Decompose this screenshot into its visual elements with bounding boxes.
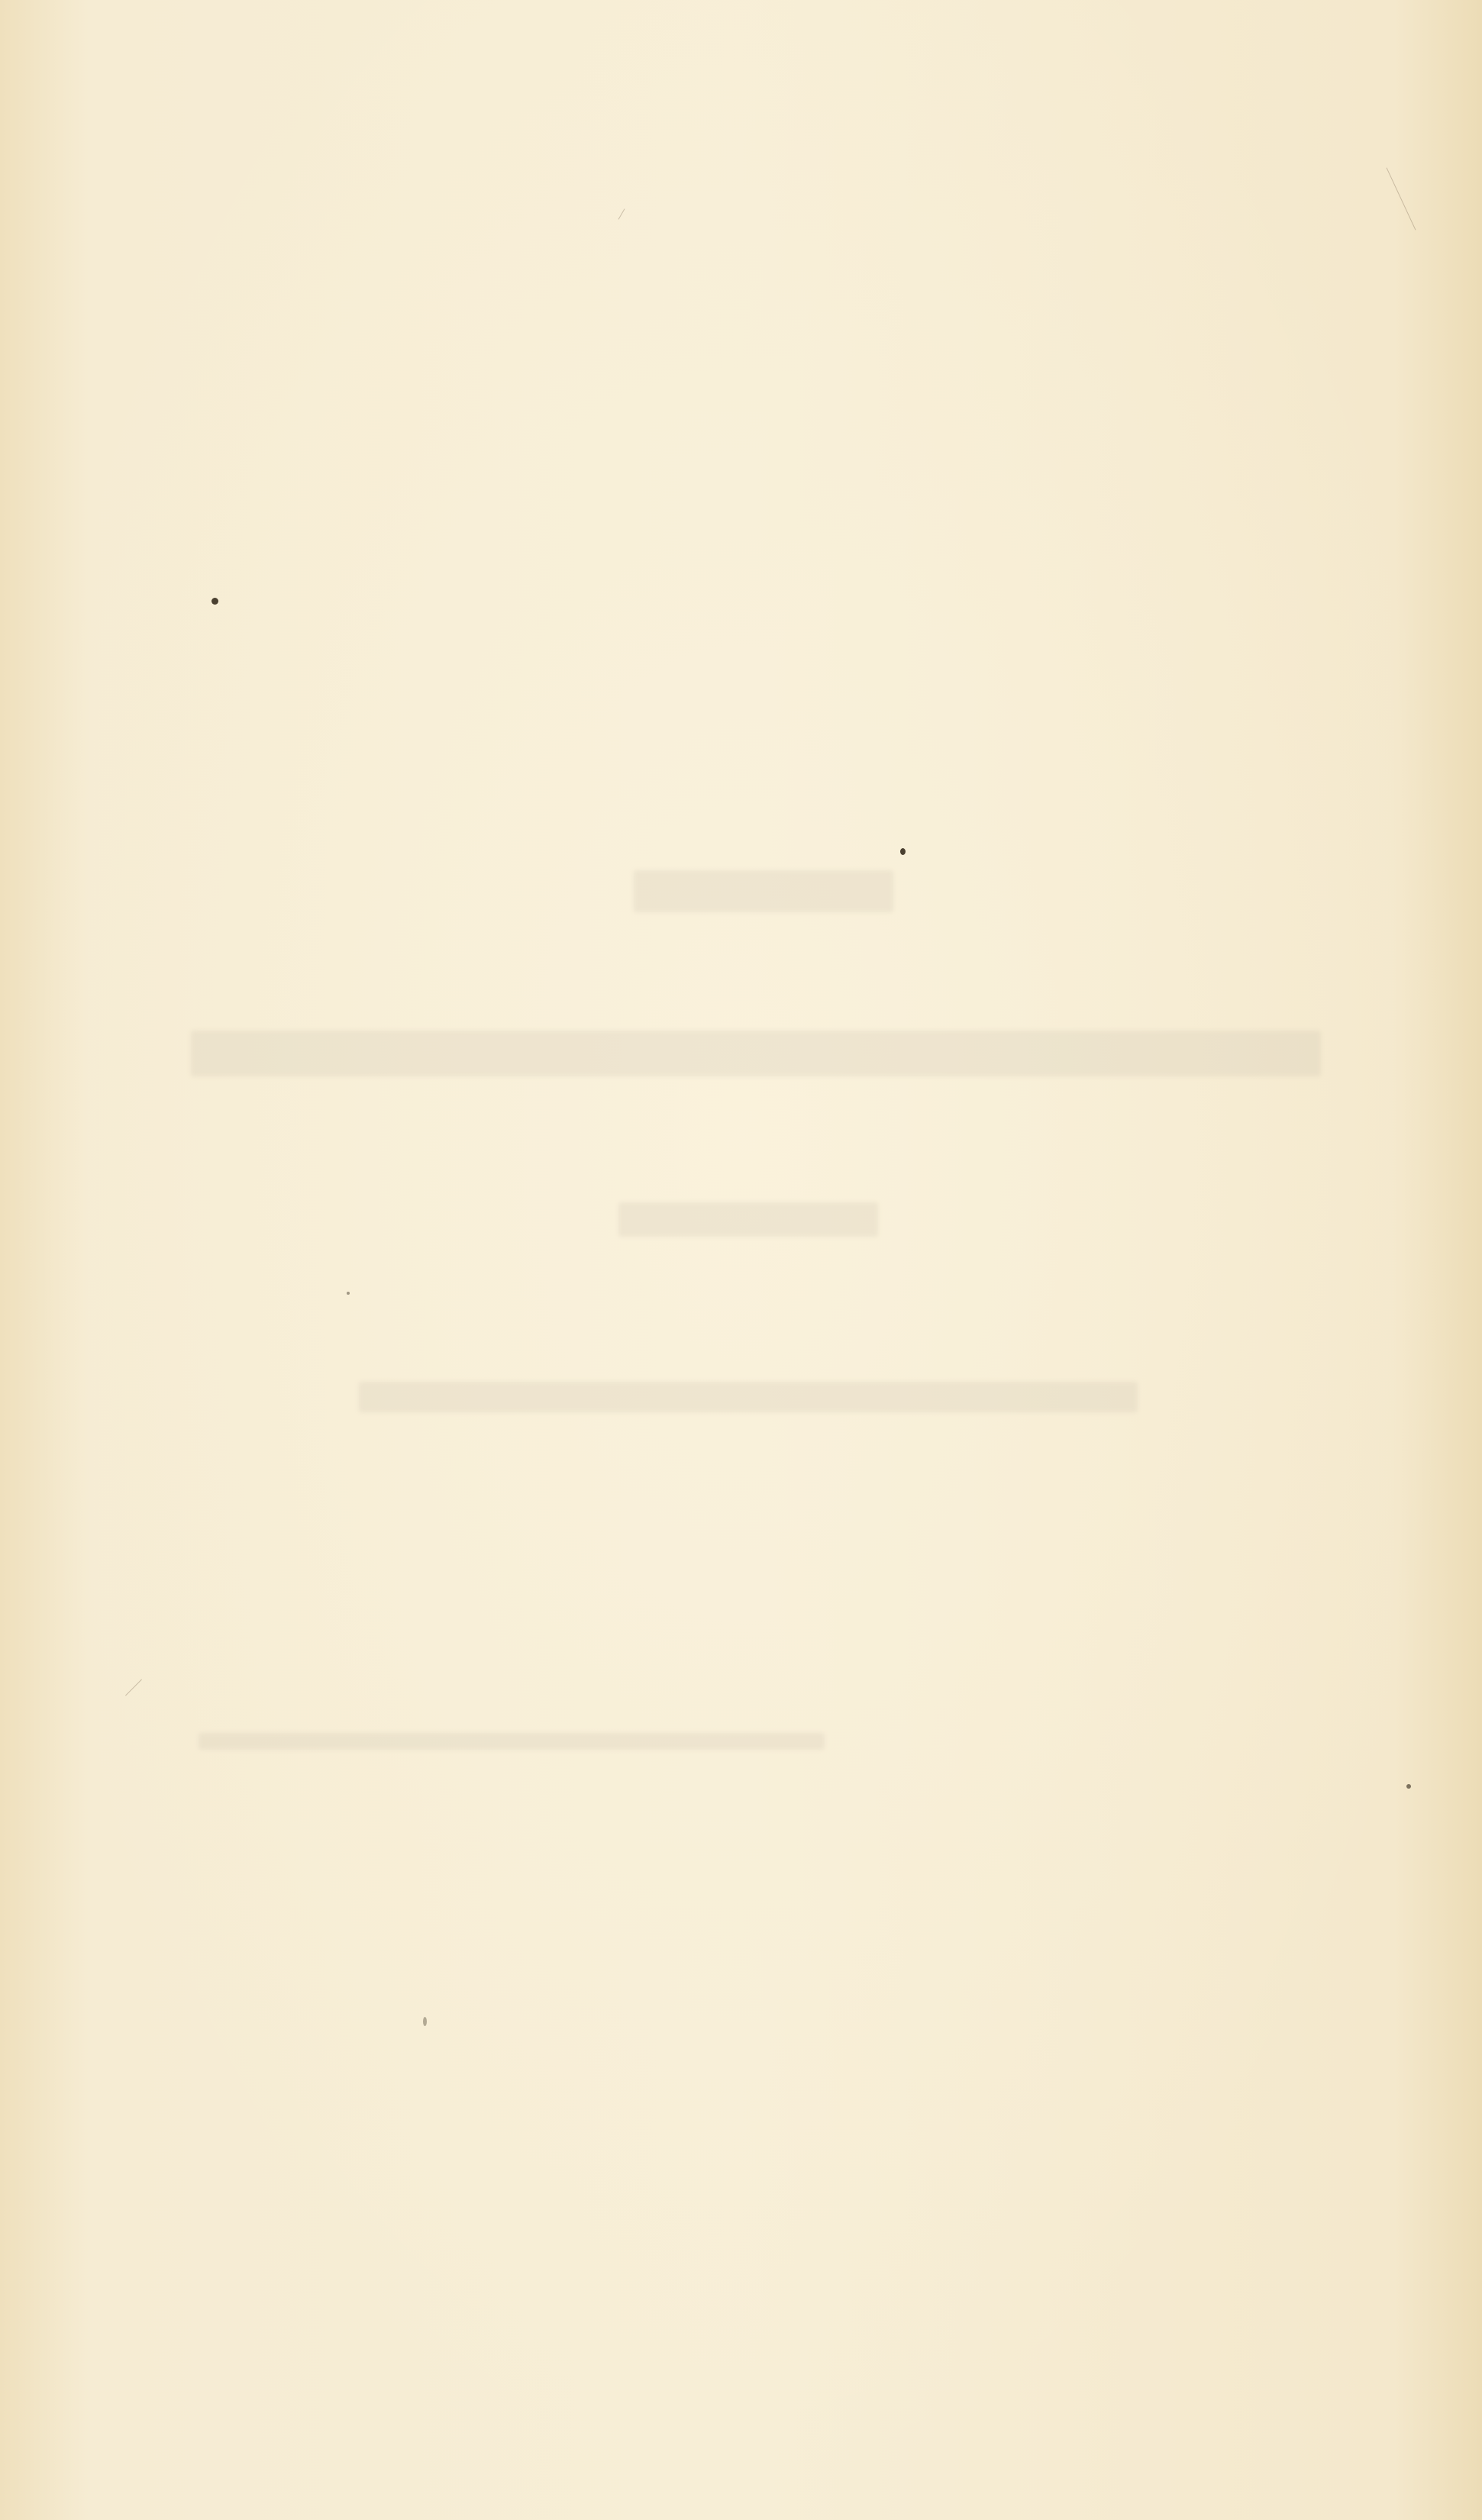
paper-speck bbox=[1406, 1784, 1411, 1789]
paper-speck bbox=[423, 2017, 427, 2026]
bleed-through-line bbox=[634, 870, 893, 912]
paper-fiber bbox=[1387, 168, 1416, 231]
bleed-through-line bbox=[191, 1031, 1321, 1076]
paper-speck bbox=[211, 598, 218, 605]
bleed-through-line bbox=[199, 1733, 825, 1750]
paper-speck bbox=[900, 848, 906, 855]
paper-fiber bbox=[618, 208, 625, 219]
bleed-through-line bbox=[359, 1382, 1138, 1412]
blank-page bbox=[0, 0, 1482, 2520]
paper-speck bbox=[347, 1292, 350, 1295]
paper-fiber bbox=[125, 1679, 142, 1696]
bleed-through-line bbox=[618, 1202, 878, 1237]
